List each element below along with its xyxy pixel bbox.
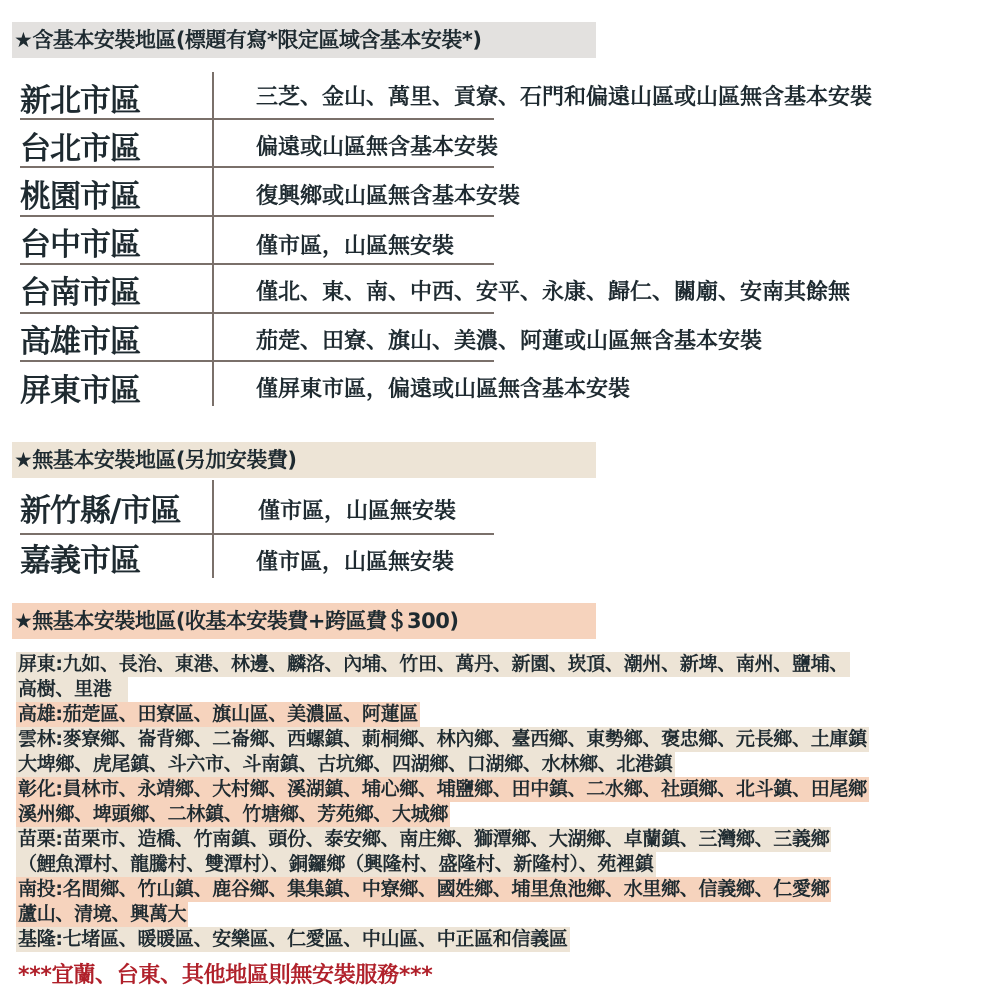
row-divider	[20, 312, 494, 314]
list-item-keelung: 基隆:七堵區、暖暖區、安樂區、仁愛區、中山區、中正區和信義區	[16, 927, 570, 952]
table-divider-vertical	[212, 480, 214, 578]
list-item-pingtung: 屏東:九如、長治、東港、林邊、麟洛、內埔、竹田、萬丹、新園、崁頂、潮州、新埤、南…	[16, 652, 850, 677]
table-row: 高雄市區	[14, 315, 140, 361]
row-divider	[20, 166, 494, 168]
city-note: 復興鄉或山區無含基本安裝	[256, 179, 520, 210]
city-name: 新北市區	[14, 75, 140, 120]
city-name: 台南市區	[14, 267, 140, 312]
city-name: 台中市區	[14, 219, 140, 264]
list-item-pingtung-cont: 高樹、里港	[16, 677, 128, 702]
list-item-changhua-cont: 溪州鄉、埤頭鄉、二林鎮、竹塘鄉、芳苑鄉、大城鄉	[16, 802, 450, 827]
city-name: 台北市區	[14, 123, 140, 168]
list-item-nantou-cont: 蘆山、清境、興萬大	[16, 902, 188, 927]
row-divider	[20, 215, 494, 217]
table-row: 新竹縣/市區	[14, 484, 180, 530]
row-divider	[20, 118, 494, 120]
city-name: 高雄市區	[14, 316, 140, 361]
city-name: 新竹縣/市區	[14, 485, 180, 530]
city-note: 偏遠或山區無含基本安裝	[256, 130, 498, 161]
city-note: 僅北、東、南、中西、安平、永康、歸仁、關廟、安南其餘無	[256, 275, 850, 306]
list-item-yunlin: 雲林:麥寮鄉、崙背鄉、二崙鄉、西螺鎮、莿桐鄉、林內鄉、臺西鄉、東勢鄉、褒忠鄉、元…	[16, 727, 869, 752]
table-row: 台中市區	[14, 218, 140, 264]
no-service-notice: ***宜蘭、台東、其他地區則無安裝服務***	[18, 958, 432, 989]
row-divider	[20, 263, 494, 265]
table-divider-vertical	[212, 72, 214, 406]
city-note: 茄萣、田寮、旗山、美濃、阿蓮或山區無含基本安裝	[256, 324, 762, 355]
list-item-miaoli: 苗栗:苗栗市、造橋、竹南鎮、頭份、泰安鄉、南庄鄉、獅潭鄉、大湖鄉、卓蘭鎮、三灣鄉…	[16, 827, 831, 852]
city-note: 僅屏東市區，偏遠或山區無含基本安裝	[256, 372, 630, 403]
row-divider	[20, 360, 494, 362]
city-note: 三芝、金山、萬里、貢寮、石門和偏遠山區或山區無含基本安裝	[256, 80, 872, 111]
list-item-miaoli-cont: （鯉魚潭村、龍騰村、雙潭村）、銅鑼鄉（興隆村、盛隆村、新隆村）、苑裡鎮	[16, 852, 656, 877]
section-header-basic-install: ★含基本安裝地區(標題有寫*限定區域含基本安裝*)	[12, 22, 596, 58]
city-note: 僅市區，山區無安裝	[258, 494, 456, 525]
city-name: 嘉義市區	[14, 535, 140, 580]
list-item-kaohsiung: 高雄:茄萣區、田寮區、旗山區、美濃區、阿蓮區	[16, 702, 420, 727]
table-row: 屏東市區	[14, 364, 140, 410]
section-header-extra-fee: ★無基本安裝地區(另加安裝費)	[12, 442, 596, 478]
city-name: 桃園市區	[14, 171, 140, 216]
city-name: 屏東市區	[14, 365, 140, 410]
table-row: 桃園市區	[14, 170, 140, 216]
list-item-yunlin-cont: 大埤鄉、虎尾鎮、斗六市、斗南鎮、古坑鄉、四湖鄉、口湖鄉、水林鄉、北港鎮	[16, 752, 675, 777]
table-row: 新北市區	[14, 74, 140, 120]
table-row: 台北市區	[14, 122, 140, 168]
cross-region-list: 屏東:九如、長治、東港、林邊、麟洛、內埔、竹田、萬丹、新園、崁頂、潮州、新埤、南…	[16, 652, 986, 952]
city-note: 僅市區，山區無安裝	[256, 229, 454, 260]
table-row: 嘉義市區	[14, 534, 140, 580]
list-item-changhua: 彰化:員林市、永靖鄉、大村鄉、溪湖鎮、埔心鄉、埔鹽鄉、田中鎮、二水鄉、社頭鄉、北…	[16, 777, 869, 802]
list-item-nantou: 南投:名間鄉、竹山鎮、鹿谷鄉、集集鎮、中寮鄉、國姓鄉、埔里魚池鄉、水里鄉、信義鄉…	[16, 877, 831, 902]
city-note: 僅市區，山區無安裝	[256, 545, 454, 576]
table-row: 台南市區	[14, 266, 140, 312]
section-header-cross-region-fee: ★無基本安裝地區(收基本安裝費+跨區費＄300)	[12, 603, 596, 639]
